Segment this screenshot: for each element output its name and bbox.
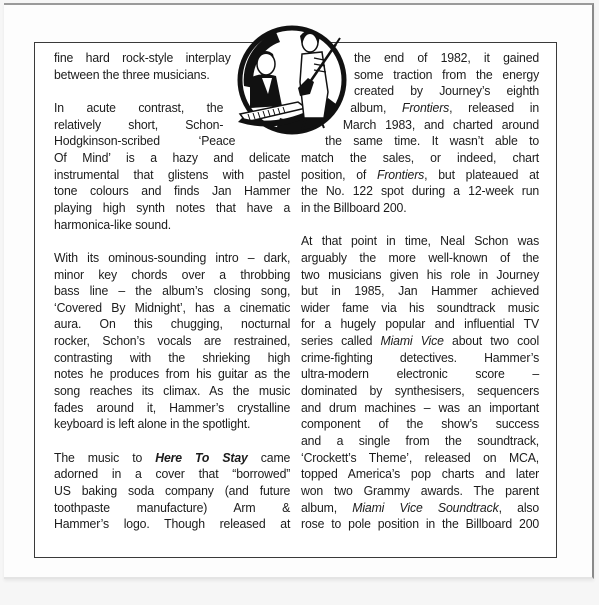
- text-line: rose to pole position in the Billboard 2…: [301, 516, 539, 533]
- text-line: but in 1985, Jan Hammer achieved: [301, 283, 539, 300]
- text-line: arguably the more well-known of the: [301, 250, 539, 267]
- text-line: March 1983, and charted around: [343, 117, 539, 134]
- text-line: topped America’s pop charts and later: [301, 466, 539, 483]
- text-line: adorned in a cover that “borrowed”: [54, 466, 290, 483]
- text-line: ‘Crockett’s Theme’, released on MCA,: [301, 450, 539, 467]
- text-line: instrumental that glistens with pastel: [54, 167, 290, 184]
- text-line: album, Miami Vice Soundtrack, also: [301, 500, 539, 517]
- text-line: won two Grammy awards. The parent: [301, 483, 539, 500]
- text-line: dominated by synthesisers, sequencers: [301, 383, 539, 400]
- text-line: In acute contrast, the: [54, 100, 223, 117]
- text-line: The music to Here To Stay came: [54, 450, 290, 467]
- text-line: bass line – the album’s closing song,: [54, 283, 290, 300]
- text-line: fades around it, Hammer’s crystalline: [54, 400, 290, 417]
- album-title: Here To Stay: [155, 450, 247, 465]
- text-line: minor key chords over a throbbing: [54, 267, 290, 284]
- text-line: series called Miami Vice about two cool: [301, 333, 539, 350]
- text-line: and drum machines – was an important: [301, 400, 539, 417]
- text-line: the same time. It wasn’t able to: [325, 133, 539, 150]
- text-line: fine hard rock-style interplay: [54, 50, 231, 67]
- text-line: the end of 1982, it gained: [354, 50, 539, 67]
- text-line: match the sales, or indeed, chart: [301, 150, 539, 167]
- text-line: At that point in time, Neal Schon was: [301, 233, 539, 250]
- text-line: aura. On this chugging, nocturnal: [54, 316, 290, 333]
- text-line: harmonica-like sound.: [54, 217, 290, 234]
- text-line: in the Billboard 200.: [301, 200, 539, 217]
- text-line: keyboard is left alone in the spotlight.: [54, 416, 290, 433]
- text-line: rocker, Schon’s vocals are restrained,: [54, 333, 290, 350]
- text-line: position, of Frontiers, but plateaued at: [301, 167, 539, 184]
- text-line: ultra-modern electronic score –: [301, 366, 539, 383]
- text-line: toothpaste manufacture) Arm &: [54, 500, 290, 517]
- text-line: ‘Covered By Midnight’, has a cinematic: [54, 300, 290, 317]
- text-line: relatively short, Schon-: [54, 117, 223, 134]
- text-line: notes he produces from his guitar as the: [54, 366, 290, 383]
- text-line: two musicians given his role in Journey: [301, 267, 539, 284]
- text-line: Hodgkinson-scribed ‘Peace: [54, 133, 235, 150]
- text-line: created by Journey’s eighth: [354, 83, 539, 100]
- right-column-text: the end of 1982, it gained some traction…: [301, 50, 547, 533]
- text-line: wider fame via his soundtrack music: [301, 300, 539, 317]
- text-line: component of the show’s success: [301, 416, 539, 433]
- text-line: for a hugely popular and influential TV: [301, 316, 539, 333]
- text-line: some traction from the energy: [354, 67, 539, 84]
- text-line: and a single from the soundtrack,: [301, 433, 539, 450]
- text-line: playing high synth notes that have a: [54, 200, 290, 217]
- text-line: tone colours and finds Jan Hammer: [54, 183, 290, 200]
- left-column-text: fine hard rock-style interplay between t…: [54, 50, 300, 533]
- text-line: between the three musicians.: [54, 67, 231, 84]
- text-line: song reaches its climax. As the music: [54, 383, 290, 400]
- text-line: the No. 122 spot during a 12-week run: [301, 183, 539, 200]
- text-line: US baking soda company (and future: [54, 483, 290, 500]
- text-line: Of Mind’ is a hazy and delicate: [54, 150, 290, 167]
- text-line: crime-fighting detectives. Hammer’s: [301, 350, 539, 367]
- text-line: contrasting with the shrieking high: [54, 350, 290, 367]
- text-line: Hammer’s logo. Though released at: [54, 516, 290, 533]
- text-line: With its ominous-sounding intro – dark,: [54, 250, 290, 267]
- text-line: album, Frontiers, released in: [350, 100, 539, 117]
